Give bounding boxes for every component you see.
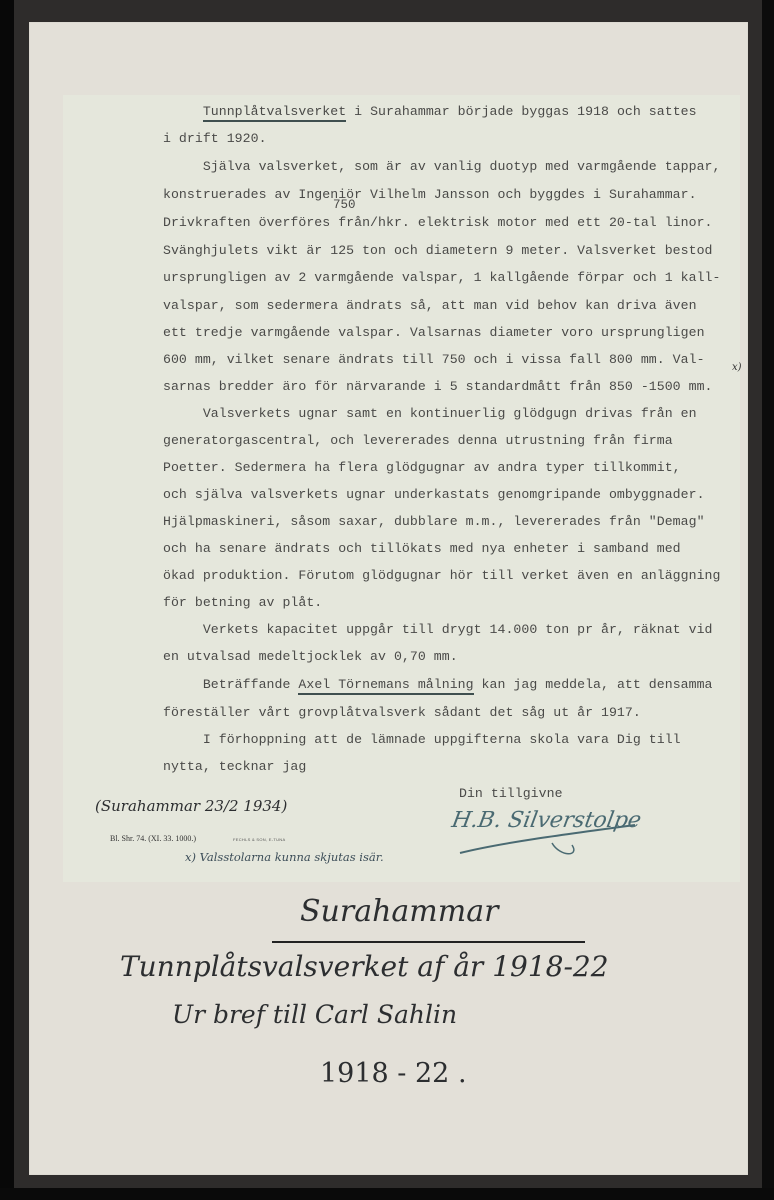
letter-line-15: och själva valsverkets ugnar underkastat…	[163, 487, 705, 502]
letter-line-24: I förhoppning att de lämnade uppgifterna…	[163, 732, 681, 747]
underlined-title: Tunnplåtvalsverket	[203, 104, 346, 122]
signature-flourish-icon	[440, 815, 640, 860]
letter-line-11: sarnas bredder äro för närvarande i 5 st…	[163, 379, 713, 394]
letter-line-18: ökad produktion. Förutom glödgugnar hör …	[163, 568, 720, 583]
letter-line-17: och ha senare ändrats och tillökats med …	[163, 541, 681, 556]
letter-line-22: Beträffande Axel Törnemans målning kan j…	[163, 677, 713, 692]
cover-heading: Surahammar	[300, 894, 498, 929]
scan-edge-left	[0, 0, 14, 1200]
footnote-marker: x)	[732, 362, 742, 373]
letter-line-16: Hjälpmaskineri, såsom saxar, dubblare m.…	[163, 514, 705, 529]
letter-line-10: 600 mm, vilket senare ändrats till 750 o…	[163, 352, 705, 367]
scan-edge-right	[762, 0, 774, 1200]
scan-edge-bottom	[0, 1188, 774, 1200]
letter-line-20: Verkets kapacitet uppgår till drygt 14.0…	[163, 622, 713, 637]
cover-date-range: 1918 - 22 .	[320, 1058, 467, 1089]
underlined-painting-name: Axel Törnemans målning	[298, 677, 473, 695]
closing-salutation: Din tillgivne	[459, 786, 563, 801]
letter-line-5: Drivkraften överföres från/hkr. elektris…	[163, 215, 713, 230]
letter-line-9: ett tredje varmgående valspar. Valsarnas…	[163, 325, 705, 340]
letter-line-7: ursprungligen av 2 varmgående valspar, 1…	[163, 270, 720, 285]
letter-line-23: föreställer vårt grovplåtvalsverk sådant…	[163, 705, 641, 720]
letter-line-12: Valsverkets ugnar samt en kontinuerlig g…	[163, 406, 697, 421]
letter-line-4: konstruerades av Ingeniör Vilhelm Jansso…	[163, 187, 697, 202]
letter-line-3: Själva valsverket, som är av vanlig duot…	[163, 159, 720, 174]
insertion-750: 750	[333, 198, 356, 212]
letter-line-1: Tunnplåtvalsverket i Surahammar började …	[163, 104, 697, 119]
letter-line-25: nytta, tecknar jag	[163, 759, 306, 774]
printer-mark: FECHLS & SON, E-TUNA	[233, 837, 285, 842]
letter-line-19: för betning av plåt.	[163, 595, 322, 610]
letter-line-6: Svänghjulets vikt är 125 ton och diamete…	[163, 243, 713, 258]
letter-line-2: i drift 1920.	[163, 131, 267, 146]
letter-line-14: Poetter. Sedermera ha flera glödgugnar a…	[163, 460, 681, 475]
handwritten-footnote: x) Valsstolarna kunna skjutas isär.	[185, 850, 384, 864]
cover-line-2: Ur bref till Carl Sahlin	[172, 1000, 457, 1029]
handwritten-date: (Surahammar 23/2 1934)	[95, 797, 287, 815]
form-code: Bl. Shr. 74. (XI. 33. 1000.)	[110, 834, 196, 843]
letter-line-8: valspar, som sedermera ändrats så, att m…	[163, 298, 697, 313]
heading-underline	[272, 941, 585, 943]
letter-line-21: en utvalsad medeltjocklek av 0,70 mm.	[163, 649, 458, 664]
cover-line-1: Tunnplåtsvalsverket af år 1918-22	[120, 950, 609, 983]
letter-line-13: generatorgascentral, och levererades den…	[163, 433, 673, 448]
